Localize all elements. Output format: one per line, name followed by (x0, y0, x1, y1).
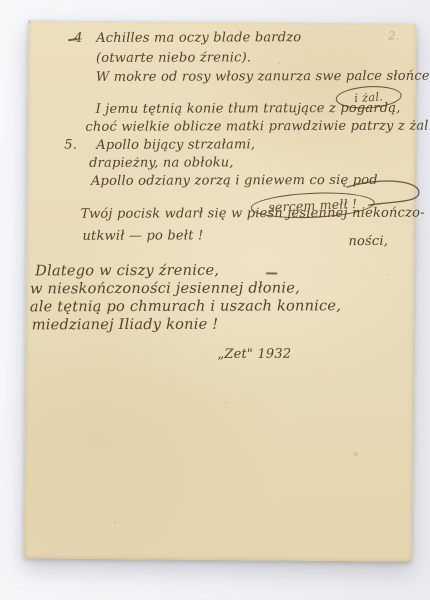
poem-line: miedzianej Iliady konie ! (32, 317, 219, 334)
paper-foxing-speckles (28, 20, 30, 22)
poem-line: drapieżny, na obłoku, (89, 156, 234, 171)
poem-line: w nieskończoności jesiennej dłonie, (30, 280, 300, 297)
manuscript-sheet: 2. 4 Achilles ma oczy blade bardzo (otwa… (24, 20, 417, 561)
stanza5-number: 5. (64, 139, 77, 153)
poem-line: Achilles ma oczy blade bardzo (96, 31, 301, 46)
photo-background: 2. 4 Achilles ma oczy blade bardzo (otwa… (0, 0, 430, 600)
poem-line: Apollo odziany zorzą i gniewem co się po… (91, 174, 378, 189)
stanza4-number: 4 (74, 32, 83, 46)
signature: „Zet" 1932 (217, 348, 291, 363)
poem-line: (otwarte niebo źrenic). (96, 51, 251, 66)
poem-line: I jemu tętnią konie tłum tratujące z pog… (96, 102, 401, 117)
poem-line: utkwił — po bełt ! (82, 229, 203, 244)
poem-line: W mokre od rosy włosy zanurza swe palce … (96, 70, 430, 85)
poem-line: ale tętnią po chmurach i uszach konnice, (30, 298, 341, 315)
stray-dash-mark (266, 272, 277, 274)
poem-line: Twój pocisk wdarł się w pieśń jesiennej … (81, 207, 425, 222)
poem-line: choć wielkie oblicze matki prawdziwie pa… (85, 120, 430, 136)
poem-line-wrap: ności, (348, 235, 388, 249)
poem-line: Apollo bijący strzałami, (96, 138, 255, 153)
page-number: 2. (388, 29, 399, 42)
poem-line: Dlatego w ciszy źrenice, (35, 263, 219, 280)
